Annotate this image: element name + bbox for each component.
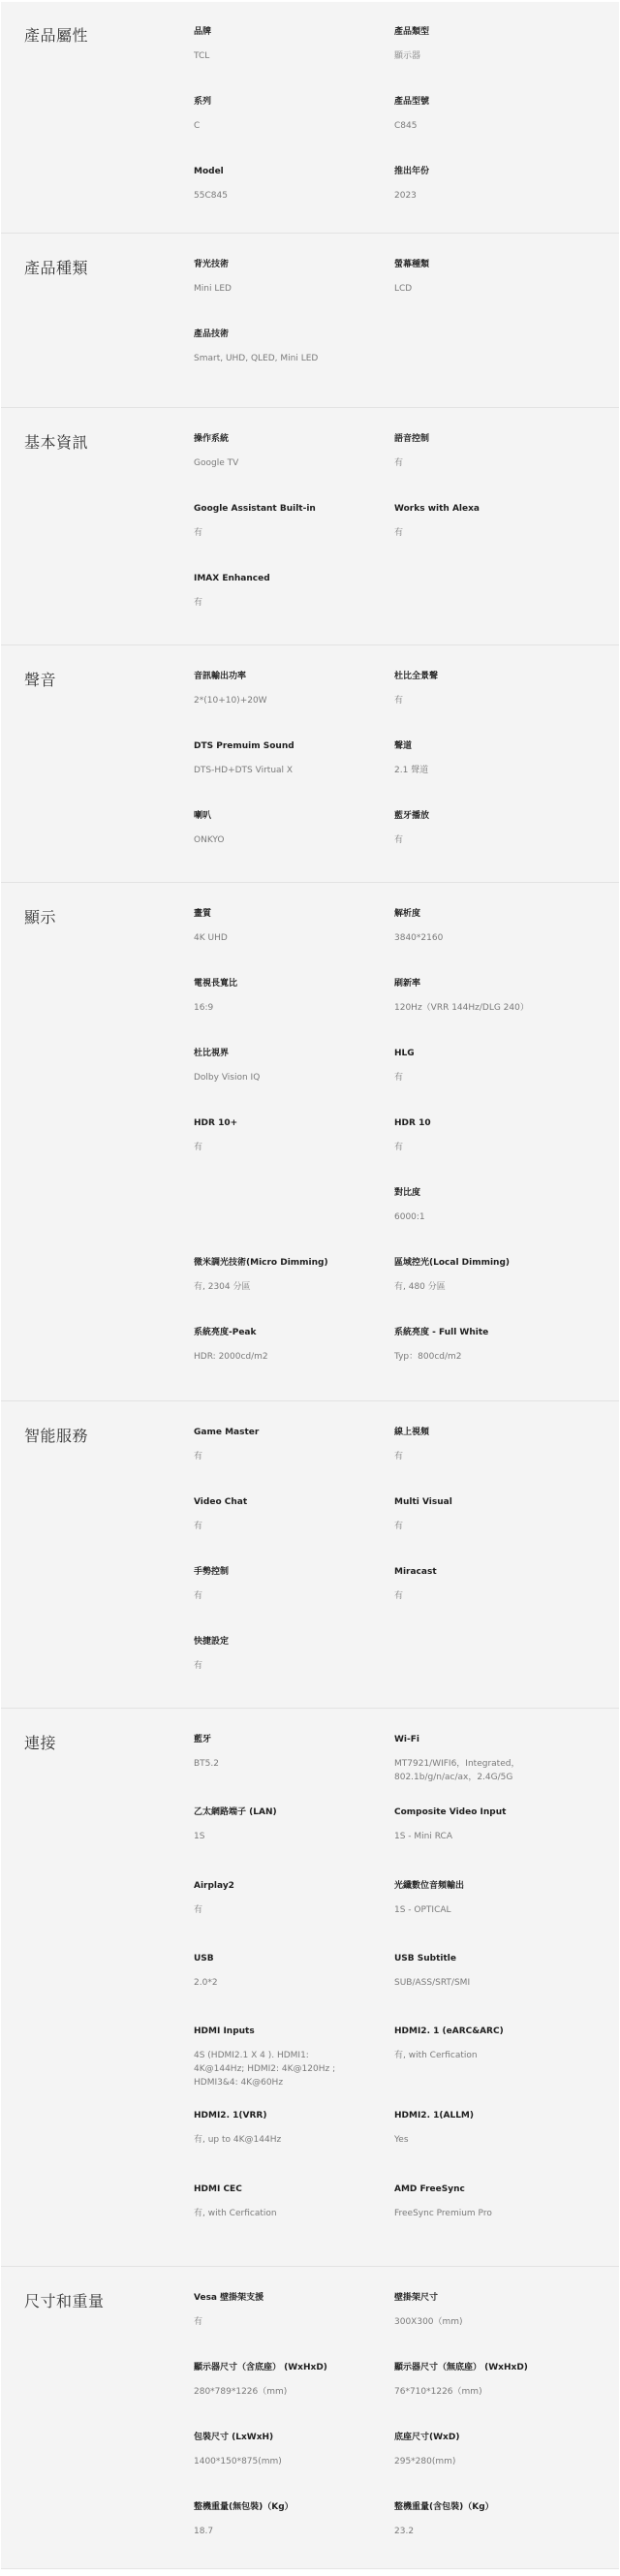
spec-value: 有: [394, 1520, 540, 1533]
spec-label: HDMI CEC: [194, 2183, 394, 2195]
spec-grid: Vesa 壁掛架支援有 壁掛架尺寸300X300（mm) 顯示器尺寸（含底座） …: [194, 2292, 619, 2559]
spec-value: Mini LED: [194, 282, 339, 296]
spec-value: 18.7: [194, 2525, 339, 2538]
section-basic-info: 基本資訊 操作系統Google TV 語音控制有 Google Assistan…: [1, 407, 619, 644]
spec-value: 6000:1: [394, 1210, 540, 1224]
spec-label: 背光技術: [194, 259, 394, 270]
spec-item: 快捷設定有: [194, 1636, 394, 1706]
spec-label: Vesa 壁掛架支援: [194, 2292, 394, 2304]
spec-label: HDMI2. 1(ALLM): [394, 2110, 588, 2121]
spec-grid: 操作系統Google TV 語音控制有 Google Assistant Bui…: [194, 433, 619, 635]
spec-item: 推出年份2023: [394, 166, 588, 236]
spec-value: 76*710*1226（mm): [394, 2385, 540, 2399]
spec-label: Airplay2: [194, 1880, 394, 1892]
spec-label: HDMI2. 1(VRR): [194, 2110, 394, 2121]
spec-item: 對比度6000:1: [394, 1187, 588, 1257]
spec-value: 2.1 聲道: [394, 764, 540, 777]
spec-value: 有: [194, 526, 339, 540]
section-dimensions-weight: 尺寸和重量 Vesa 壁掛架支援有 壁掛架尺寸300X300（mm) 顯示器尺寸…: [1, 2266, 619, 2568]
spec-value: 有: [394, 1450, 540, 1463]
section-smart-services: 智能服務 Game Master有 線上視頻有 Video Chat有 Mult…: [1, 1400, 619, 1708]
spec-item: Composite Video Input1S - Mini RCA: [394, 1806, 588, 1879]
spec-label: 系列: [194, 96, 394, 108]
spec-label: Multi Visual: [394, 1496, 588, 1508]
spec-item: 產品技術Smart, UHD, QLED, Mini LED: [194, 329, 394, 398]
spec-value: LCD: [394, 282, 540, 296]
spec-value: 280*789*1226（mm): [194, 2385, 339, 2399]
spec-grid: 音訊輸出功率2*(10+10)+20W 杜比全景聲有 DTS Premuim S…: [194, 671, 619, 872]
spec-label: 語音控制: [394, 433, 588, 445]
spec-value: 120Hz（VRR 144Hz/DLG 240）: [394, 1001, 588, 1015]
spec-item: 語音控制有: [394, 433, 588, 503]
spec-item: 顯示器尺寸（含底座） (WxHxD)280*789*1226（mm): [194, 2362, 394, 2432]
spec-value: 有: [394, 1589, 540, 1603]
spec-item: HDMI2. 1(VRR)有, up to 4K@144Hz: [194, 2110, 394, 2183]
spec-item: HLG有: [394, 1048, 588, 1117]
spec-value: 3840*2160: [394, 931, 540, 945]
spec-item: 解析度3840*2160: [394, 908, 588, 978]
spec-item: 刷新率120Hz（VRR 144Hz/DLG 240）: [394, 978, 588, 1048]
spec-label: 產品型號: [394, 96, 588, 108]
spec-item: Miracast有: [394, 1566, 588, 1636]
spec-label: 乙太網路端子 (LAN): [194, 1806, 394, 1818]
spec-value: BT5.2: [194, 1757, 339, 1771]
spec-item: IMAX Enhanced有: [194, 573, 394, 643]
spec-value: 有, with Cerfication: [194, 2207, 339, 2220]
spec-value: 有: [394, 694, 540, 707]
spec-item: Google Assistant Built-in有: [194, 503, 394, 573]
spec-label: Model: [194, 166, 394, 177]
spec-label: 藍牙: [194, 1734, 394, 1745]
spec-value: 295*280(mm): [394, 2455, 540, 2468]
spec-label: 手勢控制: [194, 1566, 394, 1578]
section-title: 顯示: [1, 908, 194, 1391]
spec-label: 杜比視界: [194, 1048, 394, 1059]
spec-item: HDMI Inputs4S (HDMI2.1 X 4 ). HDMI1: 4K@…: [194, 2026, 394, 2110]
spec-label: HDMI2. 1 (eARC&ARC): [394, 2026, 588, 2037]
spec-value: 有: [194, 1141, 339, 1154]
spec-value: 有: [194, 1903, 339, 1917]
spec-label: 快捷設定: [194, 1636, 394, 1648]
spec-value: C: [194, 119, 339, 133]
spec-label: 整機重量(無包裝)（Kg）: [194, 2501, 394, 2513]
spec-item: 畫質4K UHD: [194, 908, 394, 978]
spec-value: 2*(10+10)+20W: [194, 694, 339, 707]
spec-value: Dolby Vision IQ: [194, 1071, 339, 1084]
section-title: 智能服務: [1, 1427, 194, 1698]
spec-item: 線上視頻有: [394, 1427, 588, 1496]
spec-value: 16:9: [194, 1001, 339, 1015]
spec-item: 音訊輸出功率2*(10+10)+20W: [194, 671, 394, 740]
spec-label: 操作系統: [194, 433, 394, 445]
spec-item: 顯示器尺寸（無底座） (WxHxD)76*710*1226（mm): [394, 2362, 588, 2432]
spec-label: 光纖數位音頻輸出: [394, 1880, 588, 1892]
spec-item: Game Master有: [194, 1427, 394, 1496]
spec-item: 整機重量(含包裝)（Kg）23.2: [394, 2501, 588, 2571]
spec-value: DTS-HD+DTS Virtual X: [194, 764, 339, 777]
section-title: 產品屬性: [1, 26, 194, 223]
spec-label: USB: [194, 1953, 394, 1964]
spec-item: 杜比視界Dolby Vision IQ: [194, 1048, 394, 1117]
spec-value: Yes: [394, 2133, 540, 2147]
spec-item: 底座尺寸(WxD)295*280(mm): [394, 2432, 588, 2501]
spec-value: 有: [394, 833, 540, 847]
spec-label: HDR 10: [394, 1117, 588, 1129]
spec-label: 電視長寬比: [194, 978, 394, 990]
spec-item: 區域控光(Local Dimming)有, 480 分區: [394, 1257, 588, 1327]
spec-item: HDMI2. 1(ALLM)Yes: [394, 2110, 588, 2183]
spec-item: Wi-FiMT7921/WIFI6，Integrated，802.1b/g/n/…: [394, 1734, 588, 1806]
spec-item: Multi Visual有: [394, 1496, 588, 1566]
spec-item: 壁掛架尺寸300X300（mm): [394, 2292, 588, 2362]
section-product-category: 產品種類 背光技術Mini LED 螢幕種類LCD 產品技術Smart, UHD…: [1, 233, 619, 407]
spec-value: TCL: [194, 49, 339, 63]
spec-label: Game Master: [194, 1427, 394, 1438]
section-title: 產品種類: [1, 259, 194, 397]
spec-label: Google Assistant Built-in: [194, 503, 394, 515]
spec-label: 產品技術: [194, 329, 394, 340]
spec-label: 微米調光技術(Micro Dimming): [194, 1257, 394, 1269]
spec-value: 有: [194, 1659, 339, 1673]
spec-label: IMAX Enhanced: [194, 573, 394, 584]
spec-label: 系統亮度-Peak: [194, 1327, 394, 1338]
spec-item: USB2.0*2: [194, 1953, 394, 2026]
spec-label: 推出年份: [394, 166, 588, 177]
spec-value: Typ：800cd/m2: [394, 1350, 540, 1364]
spec-value: 有: [194, 596, 339, 610]
spec-value: SUB/ASS/SRT/SMI: [394, 1976, 540, 1990]
spec-value: C845: [394, 119, 540, 133]
spec-label: 解析度: [394, 908, 588, 920]
spec-label: AMD FreeSync: [394, 2183, 588, 2195]
spec-label: 螢幕種類: [394, 259, 588, 270]
spec-value: 有: [394, 1141, 540, 1154]
spec-value: Google TV: [194, 456, 339, 470]
spec-item: 光纖數位音頻輸出1S - OPTICAL: [394, 1880, 588, 1953]
spec-value: 有: [394, 526, 540, 540]
section-product-attributes: 產品屬性 品牌TCL 產品類型顯示器 系列C 產品型號C845 Model55C…: [1, 2, 619, 233]
spec-label: 顯示器尺寸（含底座） (WxHxD): [194, 2362, 394, 2373]
spec-value: Smart, UHD, QLED, Mini LED: [194, 352, 387, 365]
section-title: 基本資訊: [1, 433, 194, 635]
spec-item: Video Chat有: [194, 1496, 394, 1566]
spec-item: Works with Alexa有: [394, 503, 588, 573]
spec-value: 有: [194, 2315, 339, 2329]
spec-item: HDMI2. 1 (eARC&ARC)有, with Cerfication: [394, 2026, 588, 2110]
spec-label: 杜比全景聲: [394, 671, 588, 682]
spec-value: 1400*150*875(mm): [194, 2455, 339, 2468]
spec-item: 微米調光技術(Micro Dimming)有, 2304 分區: [194, 1257, 394, 1327]
spec-item: 手勢控制有: [194, 1566, 394, 1636]
spec-value: 1S: [194, 1830, 339, 1843]
section-display: 顯示 畫質4K UHD 解析度3840*2160 電視長寬比16:9 刷新率12…: [1, 882, 619, 1400]
spec-item: 藍牙播放有: [394, 810, 588, 880]
spec-item: Model55C845: [194, 166, 394, 236]
spec-value: 23.2: [394, 2525, 540, 2538]
spec-label: HDR 10+: [194, 1117, 394, 1129]
spec-grid: 藍牙BT5.2 Wi-FiMT7921/WIFI6，Integrated，802…: [194, 1734, 619, 2256]
spec-item: 系統亮度-PeakHDR: 2000cd/m2: [194, 1327, 394, 1397]
spec-label: Video Chat: [194, 1496, 394, 1508]
spec-item: Airplay2有: [194, 1880, 394, 1953]
spec-item: 整機重量(無包裝)（Kg）18.7: [194, 2501, 394, 2571]
spec-item: 系統亮度 - Full WhiteTyp：800cd/m2: [394, 1327, 588, 1397]
spec-value: 有: [394, 1071, 540, 1084]
spec-value: 1S - OPTICAL: [394, 1903, 540, 1917]
spec-label: 刷新率: [394, 978, 588, 990]
spec-value: 2.0*2: [194, 1976, 339, 1990]
spec-label: Wi-Fi: [394, 1734, 588, 1745]
spec-item: 電視長寬比16:9: [194, 978, 394, 1048]
spec-value: 55C845: [194, 189, 339, 203]
spec-item: 螢幕種類LCD: [394, 259, 588, 329]
spec-label: 壁掛架尺寸: [394, 2292, 588, 2304]
spec-grid: 品牌TCL 產品類型顯示器 系列C 產品型號C845 Model55C845 推…: [194, 26, 619, 223]
spec-label: USB Subtitle: [394, 1953, 588, 1964]
spec-value: 有: [194, 1589, 339, 1603]
spec-value: 有, with Cerfication: [394, 2049, 540, 2062]
spec-label: HLG: [394, 1048, 588, 1059]
spec-label: 產品類型: [394, 26, 588, 38]
spec-value: 1S - Mini RCA: [394, 1830, 540, 1843]
spec-label: 對比度: [394, 1187, 588, 1199]
spec-item: 喇叭ONKYO: [194, 810, 394, 880]
spec-label: Works with Alexa: [394, 503, 588, 515]
spec-label: 區域控光(Local Dimming): [394, 1257, 588, 1269]
section-connectivity: 連接 藍牙BT5.2 Wi-FiMT7921/WIFI6，Integrated，…: [1, 1708, 619, 2266]
spec-value: MT7921/WIFI6，Integrated，802.1b/g/n/ac/ax…: [394, 1757, 540, 1784]
spec-item: 聲道2.1 聲道: [394, 740, 588, 810]
spec-label: 品牌: [194, 26, 394, 38]
spec-value: 2023: [394, 189, 540, 203]
section-title: 連接: [1, 1734, 194, 2256]
spec-label: 音訊輸出功率: [194, 671, 394, 682]
spec-label: HDMI Inputs: [194, 2026, 394, 2037]
spec-label: Composite Video Input: [394, 1806, 588, 1818]
spec-value: FreeSync Premium Pro: [394, 2207, 540, 2220]
section-title: 聲音: [1, 671, 194, 872]
spec-grid: 背光技術Mini LED 螢幕種類LCD 產品技術Smart, UHD, QLE…: [194, 259, 619, 397]
spec-item: 操作系統Google TV: [194, 433, 394, 503]
section-sound: 聲音 音訊輸出功率2*(10+10)+20W 杜比全景聲有 DTS Premui…: [1, 644, 619, 882]
spec-grid: 畫質4K UHD 解析度3840*2160 電視長寬比16:9 刷新率120Hz…: [194, 908, 619, 1391]
spec-label: 線上視頻: [394, 1427, 588, 1438]
spec-item: 乙太網路端子 (LAN)1S: [194, 1806, 394, 1879]
spec-label: 聲道: [394, 740, 588, 752]
spec-label: 底座尺寸(WxD): [394, 2432, 588, 2443]
spec-label: DTS Premuim Sound: [194, 740, 394, 752]
spec-value: 4K UHD: [194, 931, 339, 945]
spec-value: 有: [394, 456, 540, 470]
spec-label: 系統亮度 - Full White: [394, 1327, 588, 1338]
spec-value: 有, 480 分區: [394, 1280, 540, 1294]
spec-item: HDR 10+有: [194, 1117, 394, 1187]
spec-page: 產品屬性 品牌TCL 產品類型顯示器 系列C 產品型號C845 Model55C…: [1, 2, 619, 2569]
spec-label: 藍牙播放: [394, 810, 588, 822]
spec-label: 顯示器尺寸（無底座） (WxHxD): [394, 2362, 588, 2373]
spec-value: 有, up to 4K@144Hz: [194, 2133, 339, 2147]
spec-item: 背光技術Mini LED: [194, 259, 394, 329]
spec-label: 畫質: [194, 908, 394, 920]
spec-value: ONKYO: [194, 833, 339, 847]
spec-item: 系列C: [194, 96, 394, 166]
spec-value: 300X300（mm): [394, 2315, 540, 2329]
spec-value: 4S (HDMI2.1 X 4 ). HDMI1: 4K@144Hz; HDMI…: [194, 2049, 344, 2089]
spec-item: 包裝尺寸 (LxWxH)1400*150*875(mm): [194, 2432, 394, 2501]
spec-value: 有: [194, 1450, 339, 1463]
spec-item: 品牌TCL: [194, 26, 394, 96]
spec-item: USB SubtitleSUB/ASS/SRT/SMI: [394, 1953, 588, 2026]
spec-label: 喇叭: [194, 810, 394, 822]
spec-item: HDR 10有: [394, 1117, 588, 1187]
spec-value: 有, 2304 分區: [194, 1280, 339, 1294]
spec-item: Vesa 壁掛架支援有: [194, 2292, 394, 2362]
spec-label: Miracast: [394, 1566, 588, 1578]
spec-value: 有: [194, 1520, 339, 1533]
spec-value: 顯示器: [394, 49, 540, 63]
spec-item: 杜比全景聲有: [394, 671, 588, 740]
spec-item: 產品類型顯示器: [394, 26, 588, 96]
spec-item: HDMI CEC有, with Cerfication: [194, 2183, 394, 2256]
spec-item: AMD FreeSyncFreeSync Premium Pro: [394, 2183, 588, 2256]
spec-item: 藍牙BT5.2: [194, 1734, 394, 1806]
section-title: 尺寸和重量: [1, 2292, 194, 2559]
spec-grid: Game Master有 線上視頻有 Video Chat有 Multi Vis…: [194, 1427, 619, 1698]
spec-item: DTS Premuim SoundDTS-HD+DTS Virtual X: [194, 740, 394, 810]
spec-item: 產品型號C845: [394, 96, 588, 166]
spec-label: 包裝尺寸 (LxWxH): [194, 2432, 394, 2443]
spec-label: 整機重量(含包裝)（Kg）: [394, 2501, 588, 2513]
spec-value: HDR: 2000cd/m2: [194, 1350, 339, 1364]
